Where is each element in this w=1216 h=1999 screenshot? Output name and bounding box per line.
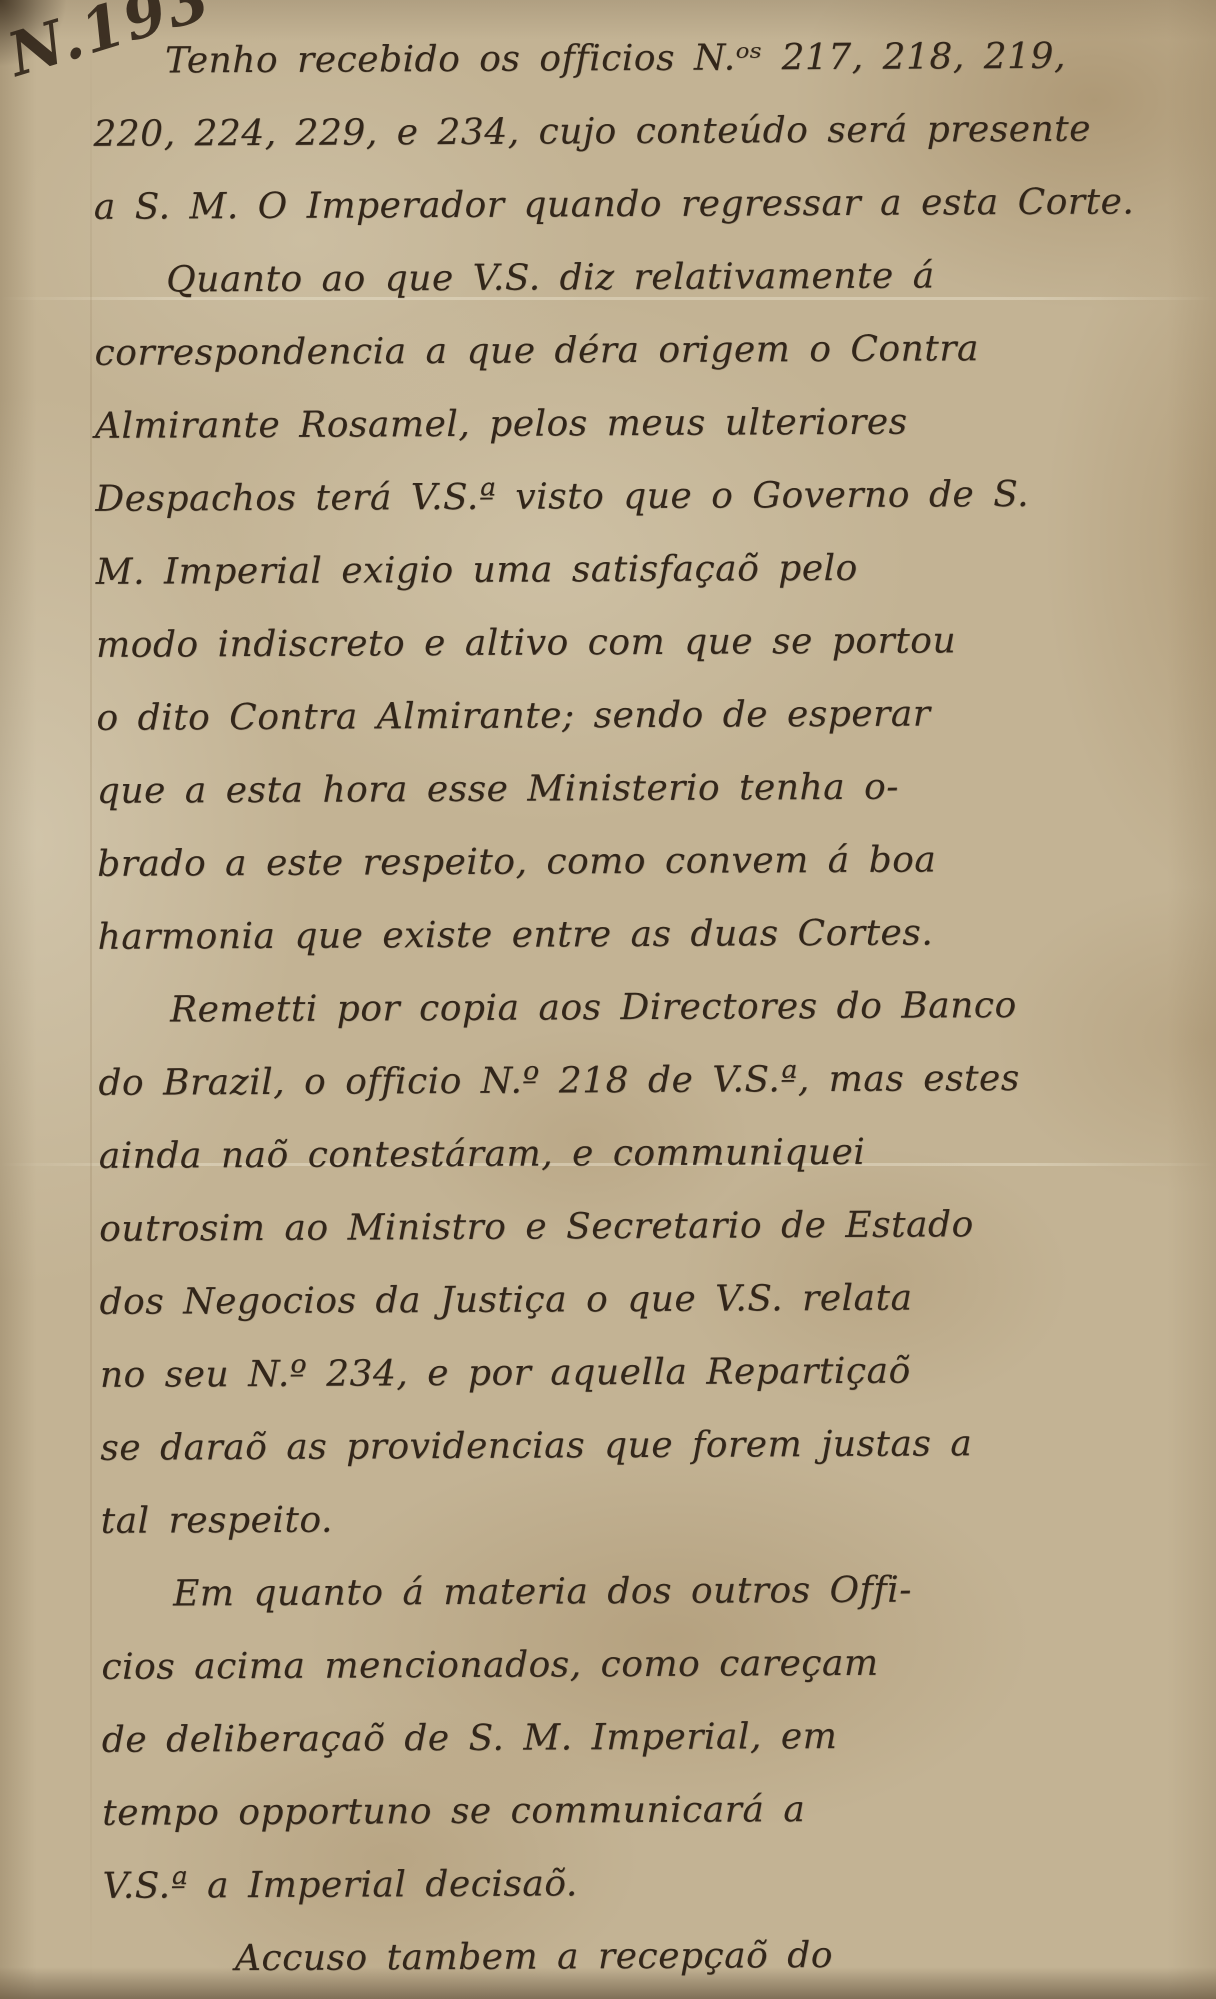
letter-line: se daraõ as providencias que forem justa…	[100, 1406, 1200, 1485]
letter-line: 220, 224, 229, e 234, cujo conteúdo será…	[93, 92, 1193, 171]
letter-line: correspondencia a que déra origem o Cont…	[94, 311, 1194, 390]
letter-line: dos Negocios da Justiça o que V.S. relat…	[99, 1260, 1199, 1339]
letter-line: cios acima mencionados, como careçam	[101, 1625, 1201, 1704]
manuscript-page: N.193 Tenho recebido os officios N.ᵒˢ 21…	[0, 0, 1216, 1999]
letter-line: tal respeito.	[100, 1479, 1200, 1558]
letter-line: brado a este respeito, como convem á boa	[97, 822, 1197, 901]
letter-line: Em quanto á materia dos outros Offi-	[101, 1552, 1201, 1631]
page-edge-line	[90, 0, 92, 1999]
letter-line: M. Imperial exigio uma satisfaçaõ pelo	[96, 530, 1196, 609]
letter-line: V.S.ª a Imperial decisaõ.	[102, 1844, 1202, 1923]
letter-line: Despachos terá V.S.ª visto que o Governo…	[95, 457, 1195, 536]
letter-line: Remetti por copia aos Directores do Banc…	[98, 968, 1198, 1047]
letter-line: modo indiscreto e altivo com que se port…	[96, 603, 1196, 682]
letter-line: ainda naõ contestáram, e communiquei	[99, 1114, 1199, 1193]
letter-line: Accuso tambem a recepçaõ do	[103, 1917, 1203, 1996]
letter-line: outrosim ao Ministro e Secretario de Est…	[99, 1187, 1199, 1266]
letter-line: Tenho recebido os officios N.ᵒˢ 217, 218…	[93, 19, 1193, 98]
letter-line: do Brazil, o officio N.º 218 de V.S.ª, m…	[98, 1041, 1198, 1120]
letter-body: Tenho recebido os officios N.ᵒˢ 217, 218…	[93, 19, 1203, 1996]
letter-line: tempo opportuno se communicará a	[102, 1771, 1202, 1850]
letter-line: que a esta hora esse Ministerio tenha o-	[97, 749, 1197, 828]
letter-line: harmonia que existe entre as duas Cortes…	[97, 895, 1197, 974]
letter-line: o dito Contra Almirante; sendo de espera…	[96, 676, 1196, 755]
letter-line: Almirante Rosamel, pelos meus ulteriores	[95, 384, 1195, 463]
letter-line: de deliberaçaõ de S. M. Imperial, em	[102, 1698, 1202, 1777]
letter-line: Quanto ao que V.S. diz relativamente á	[94, 238, 1194, 317]
letter-line: no seu N.º 234, e por aquella Repartiçaõ	[100, 1333, 1200, 1412]
letter-line: a S. M. O Imperador quando regressar a e…	[94, 165, 1194, 244]
